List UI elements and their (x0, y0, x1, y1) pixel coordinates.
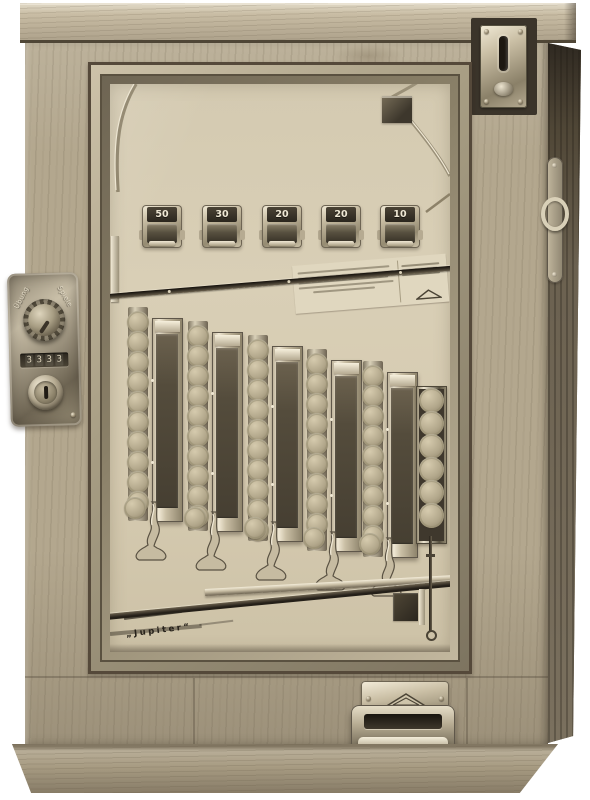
window-frame: 5030202010 (88, 62, 472, 674)
actuator-rod (429, 536, 432, 632)
coin (127, 391, 149, 413)
coin (247, 399, 269, 421)
coin (187, 325, 209, 347)
channel-slide (276, 362, 298, 528)
channel-cap (390, 375, 415, 386)
screw-icon (71, 412, 76, 417)
coin (362, 385, 384, 407)
wood-seam (25, 676, 548, 678)
screw-icon (366, 696, 371, 701)
coin (127, 311, 149, 333)
coin (303, 527, 325, 549)
counter-digit: 3 (35, 354, 43, 366)
coin (187, 345, 209, 367)
wood-seam (193, 678, 195, 744)
coin (247, 379, 269, 401)
name-plate-small-text (199, 620, 233, 626)
coin (184, 507, 206, 529)
coin (127, 431, 149, 453)
coin-stack (186, 325, 210, 525)
coin (124, 497, 146, 519)
screw-icon (439, 696, 444, 701)
exit-bracket (419, 589, 425, 625)
coin (247, 459, 269, 481)
latch-ring-icon (541, 197, 569, 231)
machine-photo: 5030202010 (0, 0, 590, 800)
coin (362, 465, 384, 487)
channel-slide (216, 348, 238, 518)
playfield-mechanism (110, 84, 450, 652)
counter-digit: 3 (55, 354, 63, 366)
coin (362, 365, 384, 387)
coin (419, 388, 444, 413)
cabinet-base (12, 744, 558, 793)
coin (187, 465, 209, 487)
coin-channel (272, 346, 303, 542)
screw-icon (518, 99, 523, 104)
coin (187, 445, 209, 467)
coin (306, 453, 328, 475)
cabinet-side-panel (548, 43, 581, 743)
coin (306, 433, 328, 455)
knob-pointer-icon (39, 320, 50, 334)
coin (419, 434, 444, 459)
coin (127, 371, 149, 393)
playfield-glass: 5030202010 (110, 84, 450, 652)
coin (306, 413, 328, 435)
channel-slide (391, 388, 413, 544)
coin (306, 493, 328, 515)
coin (306, 373, 328, 395)
channel-cap (334, 363, 359, 374)
channel-cap (215, 335, 240, 346)
coin-stack (305, 353, 329, 545)
coin (187, 405, 209, 427)
coin (419, 503, 444, 528)
glass-bottom-shade (110, 644, 450, 652)
coin (306, 473, 328, 495)
coin (187, 365, 209, 387)
coin (306, 353, 328, 375)
counter-digit: 3 (45, 354, 53, 366)
channel-slide (335, 376, 357, 538)
coin (247, 479, 269, 501)
coin (187, 425, 209, 447)
control-plate: Übung Spiele 3333 (7, 272, 82, 427)
coin-channel (387, 372, 418, 558)
coin (362, 405, 384, 427)
coin-slot-plate (480, 25, 527, 108)
coin (362, 485, 384, 507)
coin (247, 439, 269, 461)
coin (419, 411, 444, 436)
coin (127, 451, 149, 473)
coin (127, 411, 149, 433)
coin (362, 505, 384, 527)
coin (362, 425, 384, 447)
coin-stack (361, 365, 385, 551)
coin (362, 445, 384, 467)
play-counter: 3333 (20, 352, 68, 367)
mode-knob (23, 298, 66, 341)
cornice-end-cap (564, 3, 576, 40)
coin-channel (331, 360, 362, 552)
channel-slide (156, 334, 178, 508)
coin (419, 480, 444, 505)
coin (244, 517, 266, 539)
coin-slot (499, 36, 508, 71)
coin (359, 533, 381, 555)
coin (247, 359, 269, 381)
channel-cap (275, 349, 300, 360)
coin-exit-opening (393, 593, 418, 621)
coin-channel (212, 332, 243, 532)
coin (187, 385, 209, 407)
coin-stack (246, 339, 270, 535)
coin (306, 393, 328, 415)
coin (419, 457, 444, 482)
screw-icon (484, 99, 489, 104)
wood-seam (466, 678, 468, 744)
screw-icon (518, 29, 523, 34)
coin (127, 471, 149, 493)
coin (247, 339, 269, 361)
channel-cap (155, 321, 180, 332)
right-coin-column (416, 386, 447, 544)
coin-stack (126, 311, 150, 515)
coin (127, 351, 149, 373)
coin-slot-button (494, 82, 513, 96)
payout-cup-mouth (364, 714, 442, 729)
counter-digit: 3 (25, 354, 33, 366)
coin (247, 419, 269, 441)
coin (127, 331, 149, 353)
coin-channel (152, 318, 183, 522)
coin (187, 485, 209, 507)
door-lock (28, 375, 64, 411)
screw-icon (484, 29, 489, 34)
